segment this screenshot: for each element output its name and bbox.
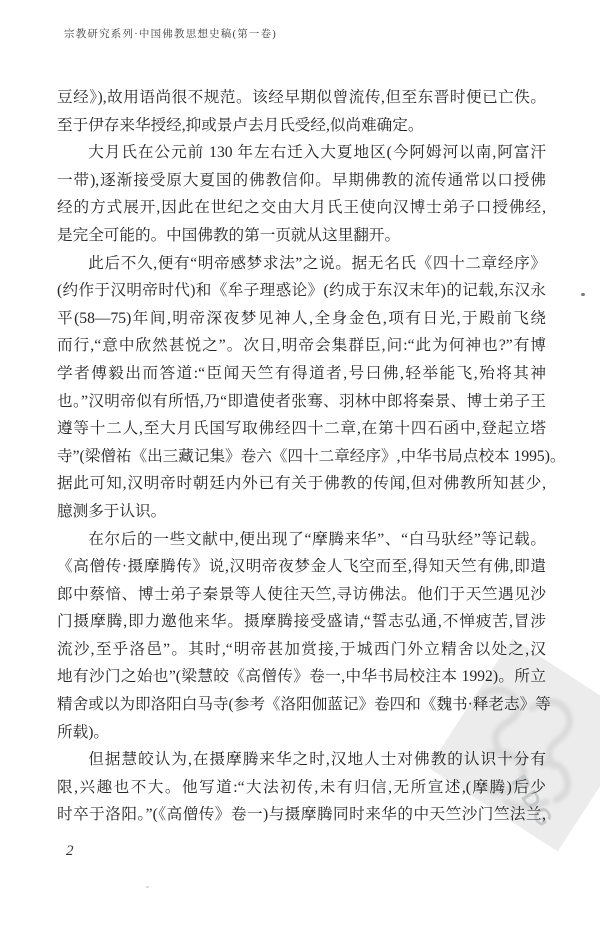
paragraph: 豆经》),故用语尚很不规范。该经早期似曾流传,但至东晋时便已亡佚。 至于伊存来华… xyxy=(57,84,546,139)
text-line: 《高僧传·摄摩腾传》说,汉明帝夜梦金人飞空而至,得知天竺有佛,即遣 xyxy=(57,553,546,581)
text-line: 是完全可能的。中国佛教的第一页就从这里翻开。 xyxy=(57,222,546,250)
text-line: 大月氏在公元前 130 年左右迁入大夏地区(今阿姆河以南,阿富汗 xyxy=(57,139,546,167)
text-line: (约作于汉明帝时代)和《牟子理惑论》(约成于东汉末年)的记载,东汉永 xyxy=(57,277,546,305)
paragraph: 在尔后的一些文献中,便出现了“摩腾来华”、“白马驮经”等记载。 《高僧传·摄摩腾… xyxy=(57,526,546,747)
text-line: 也。”汉明帝似有所悟,乃“即遣使者张骞、羽林中郎将秦景、博士弟子王 xyxy=(57,388,546,416)
text-line: 郎中蔡愔、博士弟子秦景等人使往天竺,寻访佛法。他们于天竺遇见沙 xyxy=(57,581,546,609)
text-line: 学者傅毅出而答道:“臣闻天竺有得道者,号曰佛,轻举能飞,殆将其神 xyxy=(57,360,546,388)
running-header: 宗教研究系列·中国佛教思想史稿(第一卷) xyxy=(64,26,277,41)
text-line: 平(58—75)年间,明帝深夜梦见神人,全身金色,项有日光,于殿前飞绕 xyxy=(57,305,546,333)
paragraph: 此后不久,便有“明帝感梦求法”之说。据无名氏《四十二章经序》 (约作于汉明帝时代… xyxy=(57,250,546,526)
text-line: 经的方式展开,因此在世纪之交由大月氏王使向汉博士弟子口授佛经, xyxy=(57,194,546,222)
paragraph: 但据慧皎认为,在摄摩腾来华之时,汉地人士对佛教的认识十分有 限,兴趣也不大。他写… xyxy=(57,746,546,829)
text-line: 此后不久,便有“明帝感梦求法”之说。据无名氏《四十二章经序》 xyxy=(57,250,546,278)
text-line: 限,兴趣也不大。他写道:“大法初传,未有归信,无所宣述,(摩腾)后少 xyxy=(57,774,546,802)
text-line: 臆测多于认识。 xyxy=(57,498,546,526)
page-body: 豆经》),故用语尚很不规范。该经早期似曾流传,但至东晋时便已亡佚。 至于伊存来华… xyxy=(57,84,546,829)
text-line: 豆经》),故用语尚很不规范。该经早期似曾流传,但至东晋时便已亡佚。 xyxy=(57,84,546,112)
text-line: 寺”(梁僧祐《出三藏记集》卷六《四十二章经序》,中华书局点校本 1995)。 xyxy=(57,443,546,471)
text-line: 但据慧皎认为,在摄摩腾来华之时,汉地人士对佛教的认识十分有 xyxy=(57,746,546,774)
paragraph: 大月氏在公元前 130 年左右迁入大夏地区(今阿姆河以南,阿富汗 一带),逐渐接… xyxy=(57,139,546,249)
text-line: 一带),逐渐接受原大夏国的佛教信仰。早期佛教的流传通常以口授佛 xyxy=(57,167,546,195)
text-line: 流沙,至乎洛邑”。其时,“明帝甚加赏接,于城西门外立精舍以处之,汉 xyxy=(57,636,546,664)
text-line: 所载)。 xyxy=(57,719,546,747)
text-line: 在尔后的一些文献中,便出现了“摩腾来华”、“白马驮经”等记载。 xyxy=(57,526,546,554)
text-line: 至于伊存来华授经,抑或景卢去月氏受经,似尚难确定。 xyxy=(57,112,546,140)
text-line: 门摄摩腾,即力邀他来华。摄摩腾接受盛请,“誓志弘通,不惮疲苦,冒涉 xyxy=(57,608,546,636)
text-line: 遵等十二人,至大月氏国写取佛经四十二章,在第十四石函中,登起立塔 xyxy=(57,415,546,443)
text-line: 地有沙门之始也”(梁慧皎《高僧传》卷一,中华书局校注本 1992)。所立 xyxy=(57,663,546,691)
page-number: 2 xyxy=(66,843,74,860)
scan-speck xyxy=(146,886,149,888)
text-line: 精舍或以为即洛阳白马寺(参考《洛阳伽蓝记》卷四和《魏书·释老志》等 xyxy=(57,691,546,719)
scan-speck xyxy=(581,293,585,296)
text-line: 据此可知,汉明帝时朝廷内外已有关于佛教的传闻,但对佛教所知甚少, xyxy=(57,470,546,498)
book-page: 宗教研究系列·中国佛教思想史稿(第一卷) PDG 豆经》),故用语尚很不规范。该… xyxy=(0,0,600,943)
text-line: 时卒于洛阳。”(《高僧传》卷一)与摄摩腾同时来华的中天竺沙门竺法兰, xyxy=(57,801,546,829)
text-line: 而行,“意中欣然甚悦之”。次日,明帝会集群臣,问:“此为何神也?”有博 xyxy=(57,332,546,360)
